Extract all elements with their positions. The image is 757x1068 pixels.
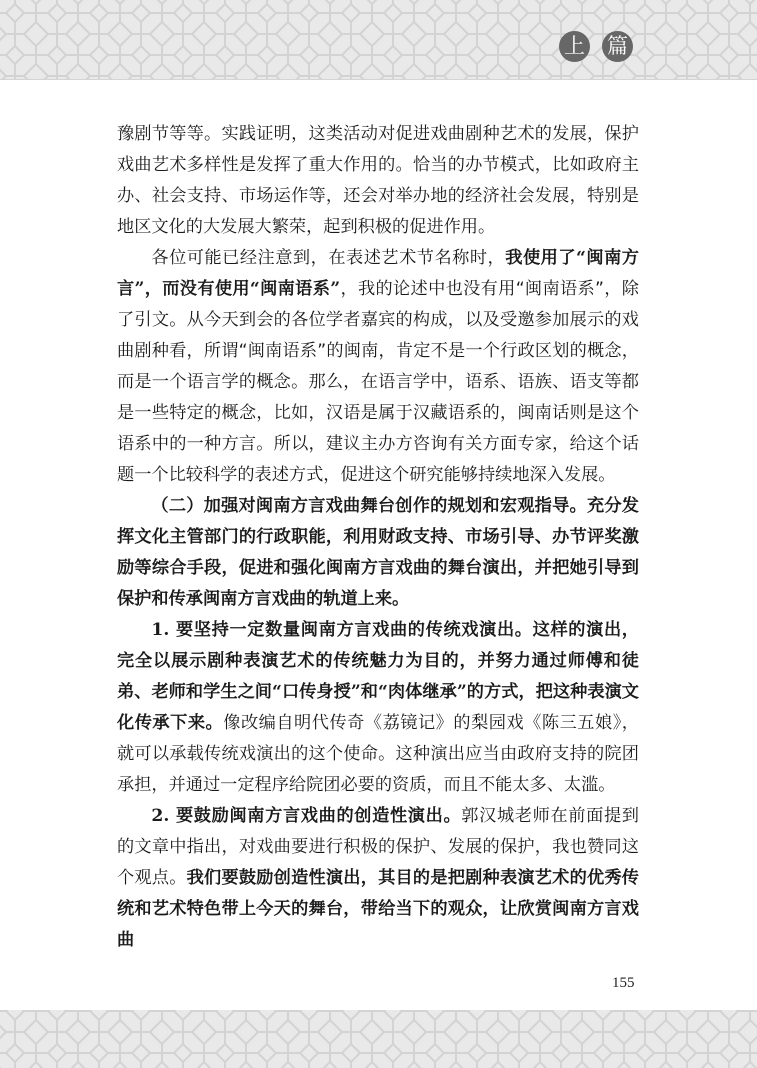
paragraph: （二）加强对闽南方言戏曲舞台创作的规划和宏观指导。充分发挥文化主管部门的行政职能… — [117, 491, 639, 615]
footer-pattern-band — [0, 1010, 757, 1068]
header-pattern-band — [0, 0, 757, 80]
bold-text-run: 2. 要鼓励闽南方言戏曲的创造性演出。 — [151, 806, 461, 826]
page-number: 155 — [612, 975, 635, 992]
bold-text-run: （二）加强对闽南方言戏曲舞台创作的规划和宏观指导。充分发挥文化主管部门的行政职能… — [117, 496, 639, 609]
paragraph: 豫剧节等等。实践证明，这类活动对促进戏曲剧种艺术的发展，保护戏曲艺术多样性是发挥… — [117, 119, 639, 243]
paragraph: 1. 要坚持一定数量闽南方言戏曲的传统戏演出。这样的演出，完全以展示剧种表演艺术… — [117, 615, 639, 801]
lattice-pattern-icon — [0, 1010, 757, 1068]
section-badge-pian: 篇 — [602, 31, 633, 62]
text-run: 豫剧节等等。实践证明，这类活动对促进戏曲剧种艺术的发展，保护戏曲艺术多样性是发挥… — [117, 124, 639, 237]
lattice-pattern-icon — [0, 0, 757, 79]
section-badge-shang: 上 — [559, 31, 590, 62]
paragraph: 2. 要鼓励闽南方言戏曲的创造性演出。郭汉城老师在前面提到的文章中指出，对戏曲要… — [117, 801, 639, 956]
text-run: ，我的论述中也没有用“闽南语系”，除了引文。从今天到会的各位学者嘉宾的构成，以及… — [117, 279, 639, 485]
body-text: 豫剧节等等。实践证明，这类活动对促进戏曲剧种艺术的发展，保护戏曲艺术多样性是发挥… — [117, 119, 639, 956]
section-badges: 上 篇 — [559, 31, 633, 62]
text-run: 各位可能已经注意到，在表述艺术节名称时， — [151, 248, 505, 268]
bold-text-run: 我们要鼓励创造性演出，其目的是把剧种表演艺术的优秀传统和艺术特色带上今天的舞台，… — [117, 868, 639, 950]
paragraph: 各位可能已经注意到，在表述艺术节名称时，我使用了“闽南方言”，而没有使用“闽南语… — [117, 243, 639, 491]
